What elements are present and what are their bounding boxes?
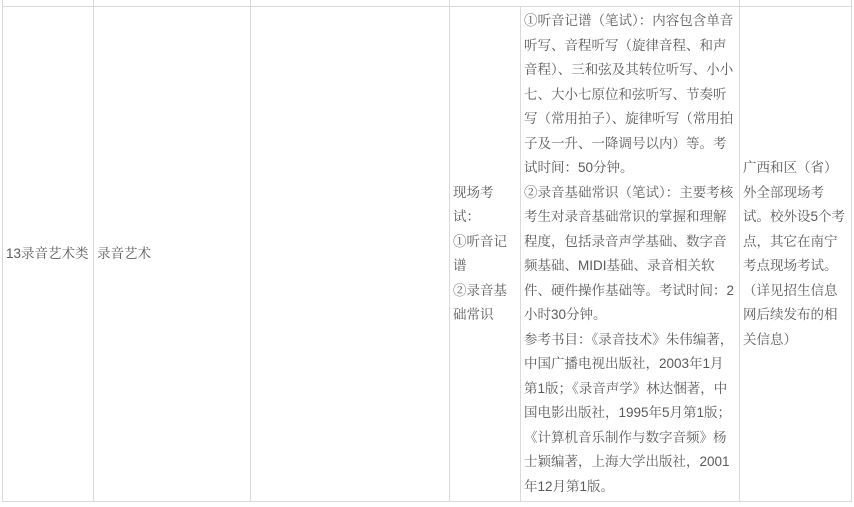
exam-table: 13录音艺术类 录音艺术 现场考试： ①听音记谱 ②录音基础常识 ①听音记谱（笔… (2, 0, 852, 502)
page-canvas: 13录音艺术类 录音艺术 现场考试： ①听音记谱 ②录音基础常识 ①听音记谱（笔… (0, 0, 854, 507)
table-row: 13录音艺术类 录音艺术 现场考试： ①听音记谱 ②录音基础常识 ①听音记谱（笔… (3, 7, 852, 502)
exam-detail-paragraph-2: ②录音基础常识（笔试）：主要考核考生对录音基础常识的掌握和理解程度，包括录音声学… (524, 181, 736, 328)
cell-exam-detail: ①听音记谱（笔试）：内容包含单音听写、音程听写（旋律音程、和声音程）、三和弦及其… (521, 7, 740, 502)
exam-type-line: ②录音基础常识 (453, 279, 517, 328)
exam-type-line: 现场考试： (453, 181, 517, 230)
exam-detail-paragraph-1: ①听音记谱（笔试）：内容包含单音听写、音程听写（旋律音程、和声音程）、三和弦及其… (524, 9, 736, 181)
cell-category: 13录音艺术类 (3, 7, 94, 502)
cell-exam-location: 广西和区（省）外全部现场考试。校外设5个考点，其它在南宁考点现场考试。（详见招生… (740, 7, 852, 502)
exam-type-line: ①听音记谱 (453, 230, 517, 279)
cell-exam-type: 现场考试： ①听音记谱 ②录音基础常识 (450, 7, 521, 502)
cell-empty (251, 7, 450, 502)
cell-major: 录音艺术 (94, 7, 251, 502)
exam-detail-paragraph-3: 参考书目：《录音技术》朱伟编著，中国广播电视出版社，2003年1月第1版；《录音… (524, 328, 736, 500)
